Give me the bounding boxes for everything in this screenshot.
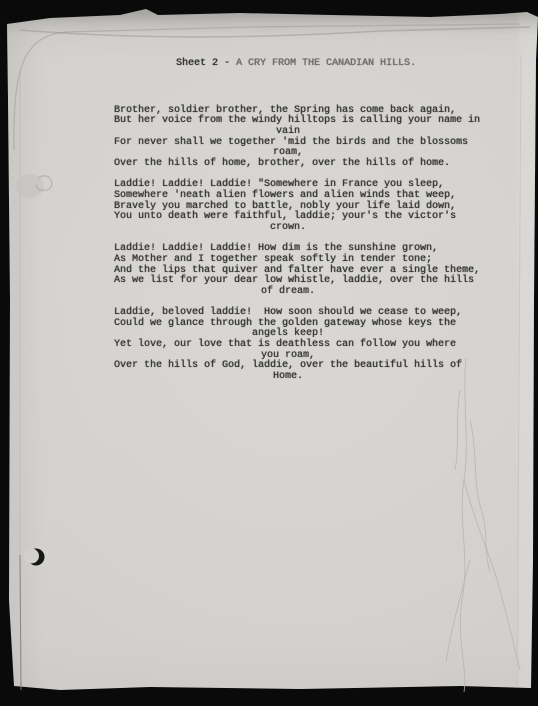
poem-line: As Mother and I together speak softly in… xyxy=(114,255,462,266)
sheet-label: Sheet 2 - xyxy=(176,58,236,69)
title-text: A CRY FROM THE CANADIAN HILLS. xyxy=(236,58,416,69)
poem-line: Home. xyxy=(114,372,462,383)
typewritten-text: Sheet 2 - A CRY FROM THE CANADIAN HILLS.… xyxy=(114,48,462,393)
stanza-2: Laddie! Laddie! Laddie! "Somewhere in Fr… xyxy=(114,180,462,233)
photographed-document-page: Sheet 2 - A CRY FROM THE CANADIAN HILLS.… xyxy=(0,0,538,706)
stanza-3: Laddie! Laddie! Laddie! How dim is the s… xyxy=(114,244,462,297)
poem-line: of dream. xyxy=(114,287,462,298)
poem-line: crown. xyxy=(114,223,462,234)
page-title: Sheet 2 - A CRY FROM THE CANADIAN HILLS. xyxy=(114,48,462,80)
poem-line: Over the hills of home, brother, over th… xyxy=(114,159,462,170)
stanza-1: Brother, soldier brother, the Spring has… xyxy=(114,106,462,170)
stanza-4: Laddie, beloved laddie! How soon should … xyxy=(114,308,462,382)
poem-line: vain xyxy=(114,127,462,138)
poem-line: Somewhere 'neath alien flowers and alien… xyxy=(114,191,462,202)
